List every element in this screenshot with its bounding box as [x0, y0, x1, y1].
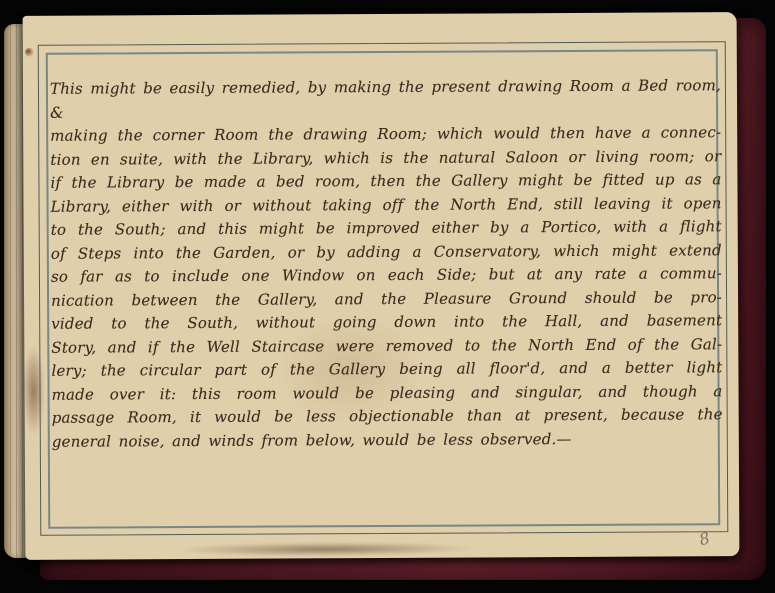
- scanned-book-photo: This might be easily remedied, by making…: [0, 0, 775, 593]
- text-line: Library, either with or without taking o…: [51, 192, 722, 219]
- text-line: to the South; and this might be improved…: [51, 215, 722, 242]
- text-line: vided to the South, without going down i…: [51, 309, 722, 336]
- ink-stain-top-left: [25, 48, 34, 57]
- stain-bottom-edge: [175, 542, 475, 558]
- text-line: lery; the circular part of the Gallery b…: [51, 356, 722, 383]
- text-line: of Steps into the Garden, or by adding a…: [51, 239, 722, 266]
- text-line: This might be easily remedied, by making…: [50, 74, 721, 125]
- text-line: passage Room, it would be less objection…: [52, 403, 723, 430]
- manuscript-page: This might be easily remedied, by making…: [23, 12, 740, 560]
- text-line: general noise, and winds from below, wou…: [52, 427, 723, 454]
- text-line: made over it: this room would be pleasin…: [52, 380, 723, 407]
- handwritten-text-block: This might be easily remedied, by making…: [50, 74, 723, 454]
- text-line: making the corner Room the drawing Room;…: [50, 121, 721, 148]
- text-line: tion en suite, with the Library, which i…: [50, 145, 721, 172]
- text-line: Story, and if the Well Staircase were re…: [51, 333, 722, 360]
- text-line: if the Library be made a bed room, then …: [50, 168, 721, 195]
- text-line: so far as to include one Window on each …: [51, 262, 722, 289]
- text-line: nication between the Gallery, and the Pl…: [51, 286, 722, 313]
